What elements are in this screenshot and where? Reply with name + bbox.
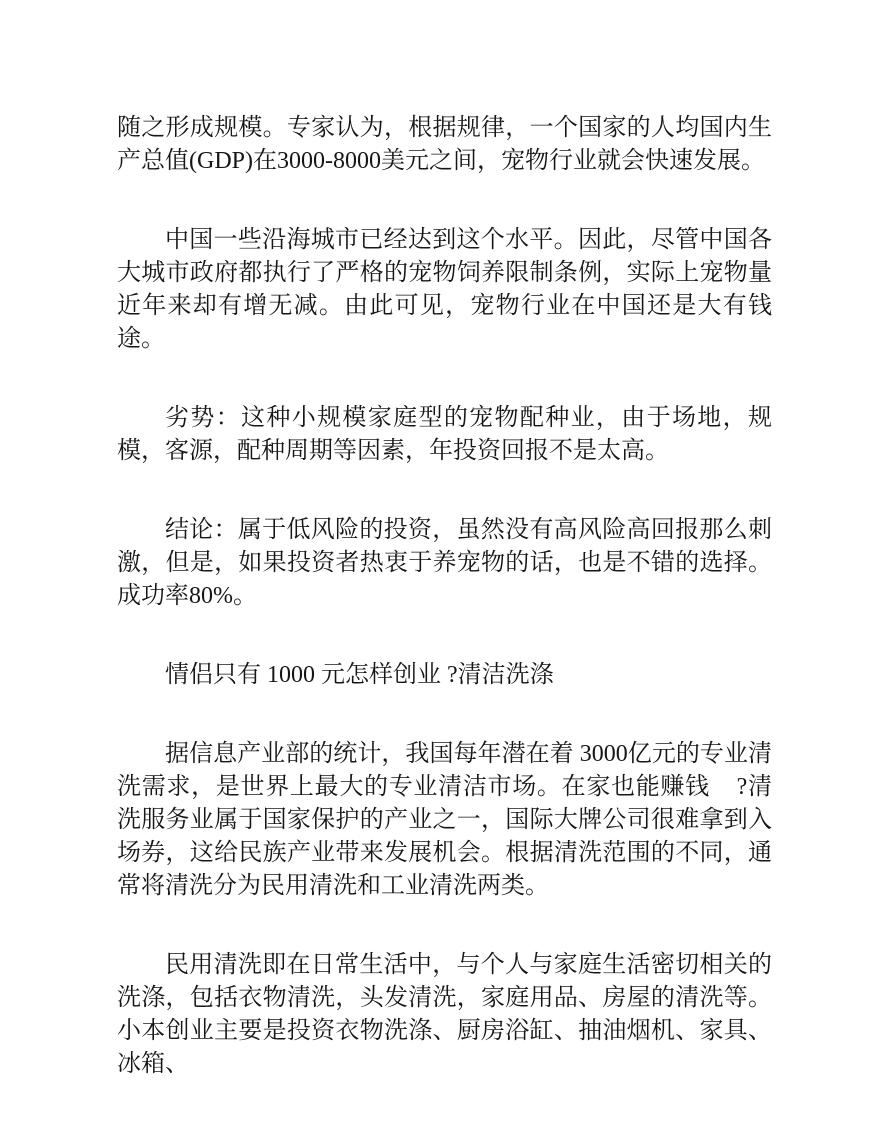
- document-page: 随之形成规模。专家认为，根据规律，一个国家的人均国内生产总值(GDP)在3000…: [0, 0, 886, 1147]
- paragraph-pet-industry-gdp: 随之形成规模。专家认为，根据规律，一个国家的人均国内生产总值(GDP)在3000…: [117, 112, 772, 178]
- paragraph-conclusion: 结论：属于低风险的投资，虽然没有高风险高回报那么刺激，但是，如果投资者热衷于养宠…: [117, 514, 772, 613]
- paragraph-heading-cleaning: 情侣只有 1000 元怎样创业 ?清洁洗涤: [117, 659, 772, 692]
- paragraph-disadvantage: 劣势：这种小规模家庭型的宠物配种业，由于场地，规模，客源，配种周期等因素，年投资…: [117, 402, 772, 468]
- paragraph-cleaning-market: 据信息产业部的统计，我国每年潜在着 3000亿元的专业清洗需求，是世界上最大的专…: [117, 738, 772, 903]
- paragraph-civil-cleaning: 民用清洗即在日常生活中，与个人与家庭生活密切相关的洗涤，包括衣物清洗，头发清洗，…: [117, 949, 772, 1081]
- paragraph-coastal-cities: 中国一些沿海城市已经达到这个水平。因此，尽管中国各大城市政府都执行了严格的宠物饲…: [117, 224, 772, 356]
